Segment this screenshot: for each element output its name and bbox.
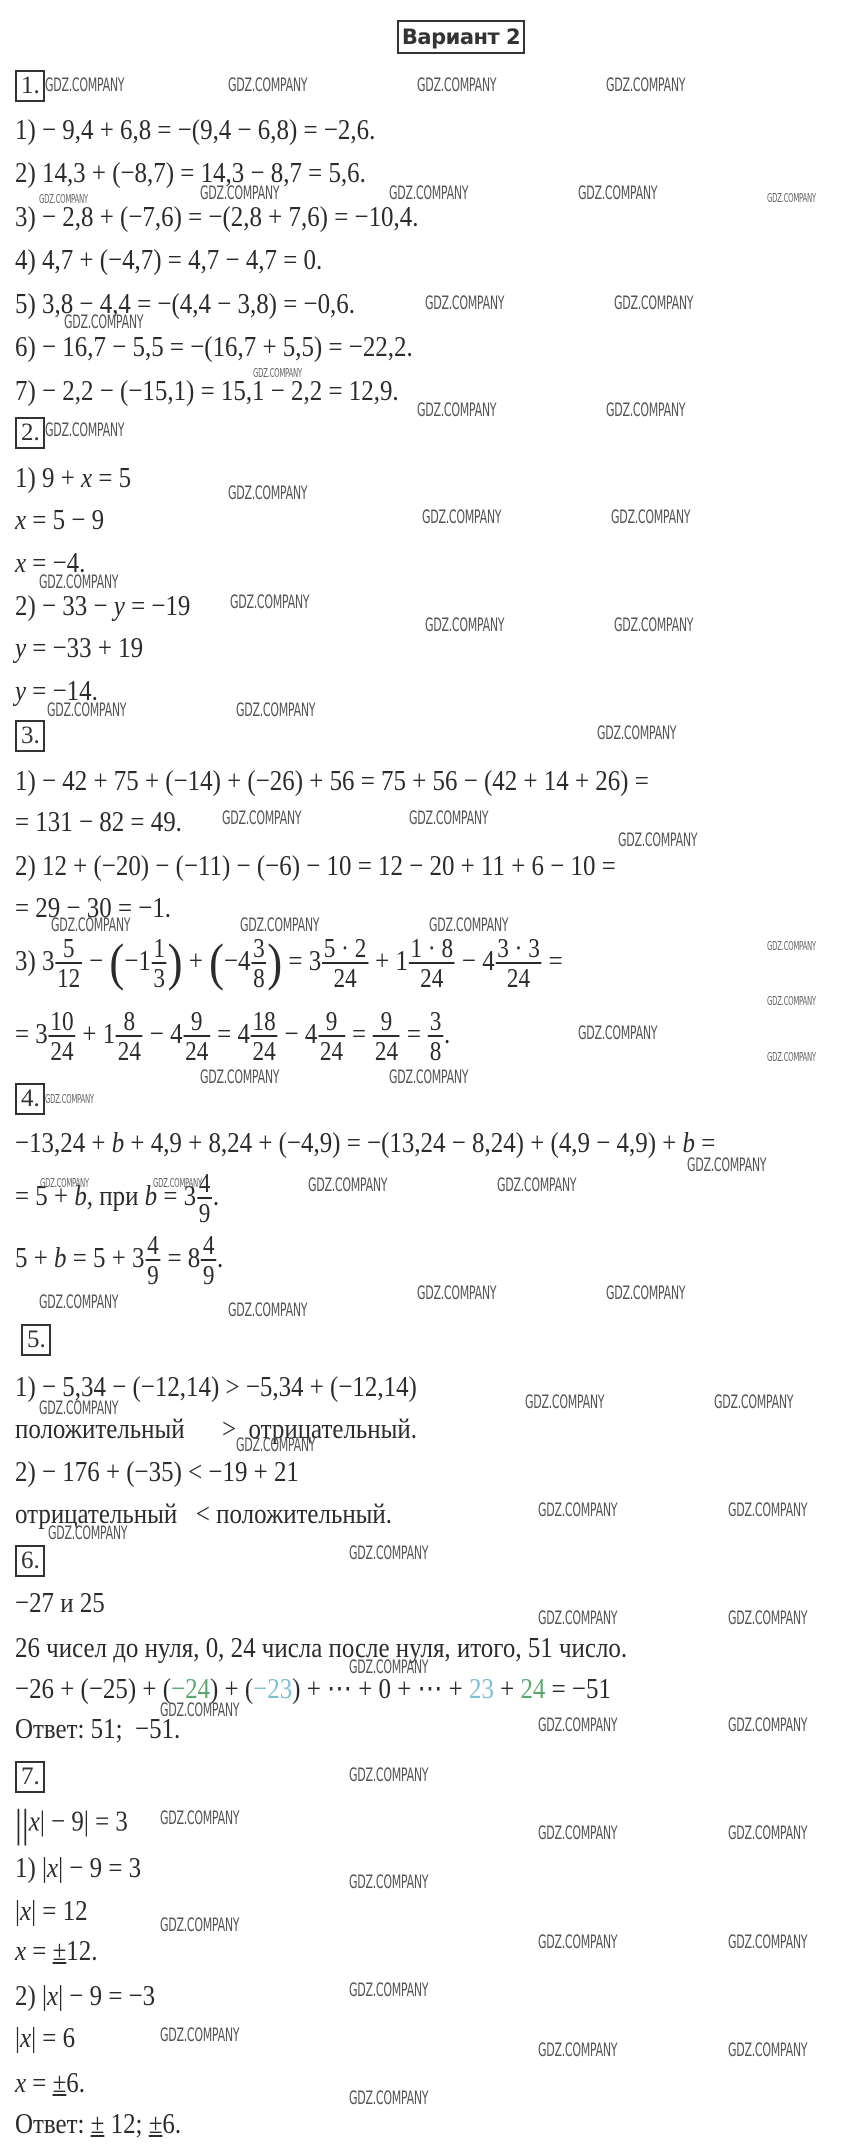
task-3-line-1: 1) − 42 + 75 + (−14) + (−26) + 56 = 75 +… [15, 765, 649, 797]
watermark: GDZ.COMPANY [597, 723, 676, 743]
watermark: GDZ.COMPANY [228, 75, 307, 95]
task-7-line-3: x = ±12. [15, 1935, 97, 1967]
watermark: GDZ.COMPANY [389, 1067, 468, 1087]
watermark: GDZ.COMPANY [538, 1608, 617, 1628]
fraction: 49 [201, 1232, 216, 1289]
watermark: GDZ.COMPANY [611, 507, 690, 527]
task-1-line-4: 4) 4,7 + (−4,7) = 4,7 − 4,7 = 0. [15, 244, 322, 276]
watermark: GDZ.COMPANY [39, 1292, 118, 1312]
watermark: GDZ.COMPANY [728, 1500, 807, 1520]
task-2-number: 2. [15, 417, 45, 449]
watermark: GDZ.COMPANY [429, 915, 508, 935]
watermark: GDZ.COMPANY [525, 1392, 604, 1412]
watermark: GDZ.COMPANY [425, 293, 504, 313]
watermark: GDZ.COMPANY [618, 830, 697, 850]
watermark: GDZ.COMPANY [349, 2088, 428, 2108]
watermark: GDZ.COMPANY [728, 1932, 807, 1952]
task-3-fraction-line-2: = 31024 + 1824 − 4924 = 41824 − 4924 = 9… [15, 1008, 450, 1065]
watermark: GDZ.COMPANY [614, 293, 693, 313]
watermark: GDZ.COMPANY [228, 483, 307, 503]
watermark: GDZ.COMPANY [240, 915, 319, 935]
watermark: GDZ.COMPANY [728, 1608, 807, 1628]
watermark: GDZ.COMPANY [39, 1398, 118, 1418]
task-4-line-3: 5 + b = 5 + 349 = 849. [15, 1232, 223, 1289]
task-2-line-2: x = 5 − 9 [15, 504, 104, 536]
fraction: 924 [373, 1008, 400, 1065]
task-3-line-3: 2) 12 + (−20) − (−11) − (−6) − 10 = 12 −… [15, 850, 616, 882]
watermark: GDZ.COMPANY [422, 507, 501, 527]
watermark: GDZ.COMPANY [538, 1715, 617, 1735]
fraction: 3 · 324 [496, 935, 542, 992]
task-1-line-7: 7) − 2,2 − (−15,1) = 15,1 − 2,2 = 12,9. [15, 375, 399, 407]
task-6-line-1: −27 и 25 [15, 1587, 105, 1619]
watermark: GDZ.COMPANY [153, 1177, 202, 1189]
term-green: 24 [520, 1673, 545, 1705]
watermark: GDZ.COMPANY [160, 2025, 239, 2045]
fraction: 1 · 824 [409, 935, 455, 992]
watermark: GDZ.COMPANY [236, 700, 315, 720]
fraction: 38 [428, 1008, 443, 1065]
watermark: GDZ.COMPANY [230, 592, 309, 612]
task-5-number: 5. [21, 1324, 51, 1356]
watermark: GDZ.COMPANY [728, 1715, 807, 1735]
fraction: 38 [251, 935, 266, 992]
watermark: GDZ.COMPANY [538, 2040, 617, 2060]
watermark: GDZ.COMPANY [160, 1915, 239, 1935]
watermark: GDZ.COMPANY [45, 75, 124, 95]
fraction: 49 [145, 1232, 160, 1289]
task-7-equation: ||x| − 9| = 3 [15, 1804, 128, 1844]
watermark: GDZ.COMPANY [767, 995, 816, 1007]
task-4-number: 4. [15, 1083, 45, 1115]
watermark: GDZ.COMPANY [39, 193, 88, 205]
watermark: GDZ.COMPANY [160, 1700, 239, 1720]
watermark: GDZ.COMPANY [417, 1283, 496, 1303]
task-1-line-1: 1) − 9,4 + 6,8 = −(9,4 − 6,8) = −2,6. [15, 114, 375, 146]
watermark: GDZ.COMPANY [538, 1500, 617, 1520]
watermark: GDZ.COMPANY [45, 420, 124, 440]
watermark: GDZ.COMPANY [47, 700, 126, 720]
task-3-fraction-line-1: 3) 3512 − (−113) + (−438) = 35 · 224 + 1… [15, 935, 563, 992]
watermark: GDZ.COMPANY [200, 1067, 279, 1087]
watermark: GDZ.COMPANY [349, 1657, 428, 1677]
watermark: GDZ.COMPANY [497, 1175, 576, 1195]
watermark: GDZ.COMPANY [389, 183, 468, 203]
task-6-sum-line: −26 + (−25) + (−24) + (−23) + ⋯ + 0 + ⋯ … [15, 1673, 611, 1705]
fraction: 13 [152, 935, 167, 992]
watermark: GDZ.COMPANY [228, 1300, 307, 1320]
watermark: GDZ.COMPANY [200, 183, 279, 203]
task-2-line-5: y = −33 + 19 [15, 632, 143, 664]
task-3-number: 3. [15, 720, 45, 752]
watermark: GDZ.COMPANY [714, 1392, 793, 1412]
task-7-line-6: x = ±6. [15, 2067, 85, 2099]
watermark: GDZ.COMPANY [767, 940, 816, 952]
watermark: GDZ.COMPANY [767, 1051, 816, 1063]
task-1-line-6: 6) − 16,7 − 5,5 = −(16,7 + 5,5) = −22,2. [15, 331, 413, 363]
fraction: 824 [116, 1008, 143, 1065]
fraction: 1024 [49, 1008, 76, 1065]
watermark: GDZ.COMPANY [614, 615, 693, 635]
watermark: GDZ.COMPANY [39, 572, 118, 592]
task-2-line-1: 1) 9 + x = 5 [15, 462, 131, 494]
task-5-line-3: 2) − 176 + (−35) < −19 + 21 [15, 1456, 299, 1488]
watermark: GDZ.COMPANY [222, 808, 301, 828]
watermark: GDZ.COMPANY [349, 1872, 428, 1892]
watermark: GDZ.COMPANY [538, 1932, 617, 1952]
watermark: GDZ.COMPANY [767, 192, 816, 204]
watermark: GDZ.COMPANY [606, 1283, 685, 1303]
watermark: GDZ.COMPANY [578, 1023, 657, 1043]
fraction: 1824 [251, 1008, 278, 1065]
watermark: GDZ.COMPANY [425, 615, 504, 635]
watermark: GDZ.COMPANY [417, 75, 496, 95]
watermark: GDZ.COMPANY [45, 1093, 94, 1105]
task-2-line-4: 2) − 33 − y = −19 [15, 590, 190, 622]
task-1-line-2: 2) 14,3 + (−8,7) = 14,3 − 8,7 = 5,6. [15, 157, 366, 189]
task-3-line-2: = 131 − 82 = 49. [15, 806, 182, 838]
task-7-line-2: |x| = 12 [15, 1895, 88, 1927]
watermark: GDZ.COMPANY [160, 1808, 239, 1828]
variant-title: Вариант 2 [397, 20, 525, 54]
watermark: GDZ.COMPANY [64, 312, 143, 332]
watermark: GDZ.COMPANY [728, 1823, 807, 1843]
task-7-line-1: 1) |x| − 9 = 3 [15, 1852, 141, 1884]
watermark: GDZ.COMPANY [606, 400, 685, 420]
watermark: GDZ.COMPANY [606, 75, 685, 95]
watermark: GDZ.COMPANY [51, 915, 130, 935]
watermark: GDZ.COMPANY [253, 367, 302, 379]
watermark: GDZ.COMPANY [349, 1543, 428, 1563]
task-7-line-4: 2) |x| − 9 = −3 [15, 1980, 155, 2012]
watermark: GDZ.COMPANY [409, 808, 488, 828]
task-4-line-1: −13,24 + b + 4,9 + 8,24 + (−4,9) = −(13,… [15, 1127, 715, 1159]
fraction: 512 [55, 935, 82, 992]
task-1-number: 1. [15, 70, 45, 102]
watermark: GDZ.COMPANY [40, 1177, 89, 1189]
task-7-line-5: |x| = 6 [15, 2022, 75, 2054]
fraction: 924 [318, 1008, 345, 1065]
term-blue: 23 [469, 1673, 494, 1705]
task-6-number: 6. [15, 1545, 45, 1577]
fraction: 924 [183, 1008, 210, 1065]
watermark: GDZ.COMPANY [48, 1523, 127, 1543]
task-7-number: 7. [15, 1761, 45, 1793]
task-7-answer: Ответ: ± 12; ±6. [15, 2108, 181, 2140]
watermark: GDZ.COMPANY [308, 1175, 387, 1195]
task-6-line-2: 26 чисел до нуля, 0, 24 числа после нуля… [15, 1632, 627, 1664]
watermark: GDZ.COMPANY [728, 2040, 807, 2060]
watermark: GDZ.COMPANY [349, 1980, 428, 2000]
watermark: GDZ.COMPANY [236, 1435, 315, 1455]
fraction: 5 · 224 [322, 935, 368, 992]
watermark: GDZ.COMPANY [578, 183, 657, 203]
watermark: GDZ.COMPANY [687, 1155, 766, 1175]
watermark: GDZ.COMPANY [538, 1823, 617, 1843]
task-6-answer: Ответ: 51; −51. [15, 1713, 180, 1745]
watermark: GDZ.COMPANY [417, 400, 496, 420]
term-blue: −23 [253, 1673, 292, 1705]
watermark: GDZ.COMPANY [349, 1765, 428, 1785]
